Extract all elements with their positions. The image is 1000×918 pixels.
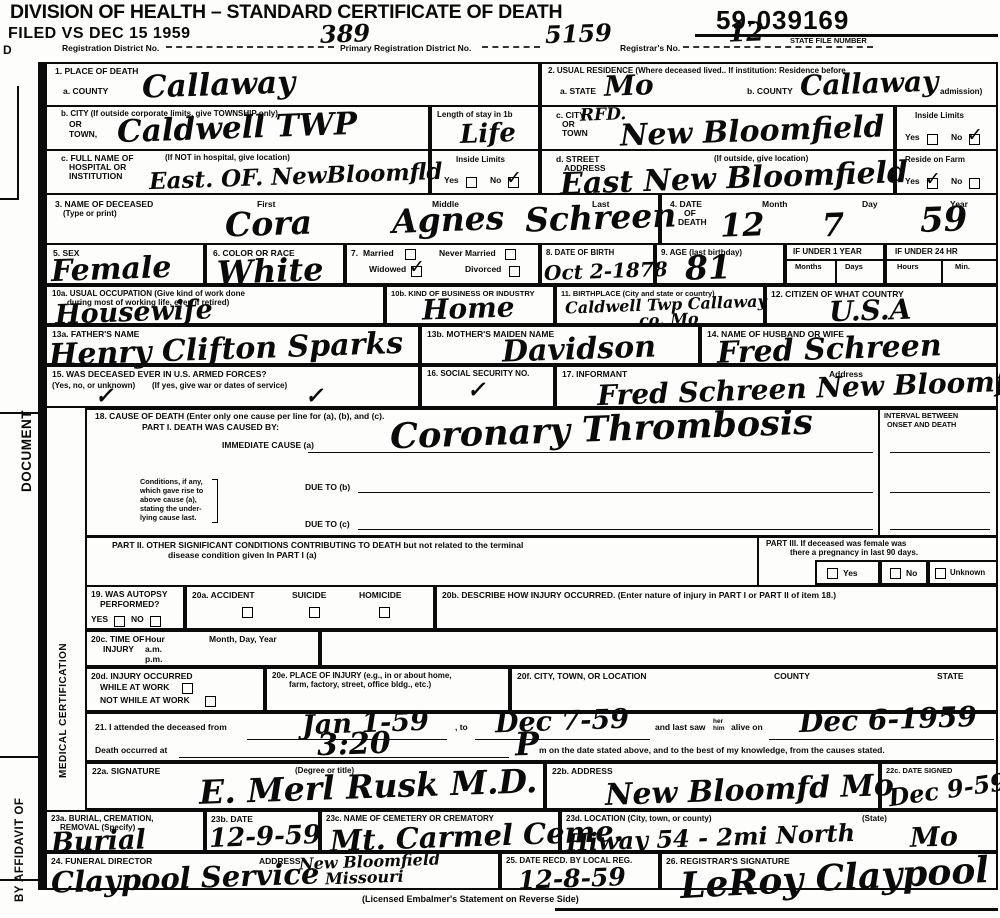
leader-dots [683, 46, 873, 48]
field-22c-date-signed: 22c. DATE SIGNED Dec 9-59 [880, 762, 998, 810]
physician-signature-value: E. Merl Rusk M.D. [199, 764, 538, 809]
field-2c-value: New Bloomfield [620, 112, 885, 151]
field-1c-sublabel: (If NOT in hospital, give location) [165, 154, 290, 163]
form-left-bar [38, 62, 45, 890]
field-16-ssn: 16. SOCIAL SECURITY NO. ✓ [420, 365, 555, 408]
margin-document-label: DOCUMENT [19, 410, 34, 492]
margin-tick [0, 198, 17, 200]
part2-label2: disease condition given In PART I (a) [168, 551, 317, 561]
field-6-color-or-race: 6. COLOR OR RACE White [205, 243, 345, 285]
attended-mid3-text: alive on [731, 723, 763, 733]
divorced-checkbox [509, 266, 520, 277]
farm-no-checkbox [969, 178, 980, 189]
margin-tick [0, 756, 38, 758]
field-2c-town: TOWN [562, 129, 588, 139]
day-label: Day [862, 200, 878, 210]
armed-forces-checkmark: ✓ [95, 385, 114, 408]
field-20e-place-of-injury: 20e. PLACE OF INJURY (e.g., in or about … [265, 667, 510, 712]
conditions-note-line: above cause (a), [140, 496, 197, 504]
yes-label: Yes [444, 176, 459, 186]
field-4-death: DEATH [678, 218, 707, 228]
burial-date-value: 12-9-59 [209, 822, 322, 852]
field-22b-address: 22b. ADDRESS New Bloomfd Mo [545, 762, 880, 810]
death-occurred-post-text: m on the date stated above, and to the b… [539, 746, 885, 756]
under-24-hr-label: IF UNDER 24 HR [895, 248, 958, 257]
part3-no-cell: No [880, 560, 928, 585]
field-23d-state-label: (State) [862, 815, 887, 824]
field-10b-industry: 10b. KIND OF BUSINESS OR INDUSTRY Home [385, 285, 555, 325]
suicide-label: SUICIDE [292, 591, 326, 601]
autopsy-no-label: NO [131, 615, 144, 625]
days-label: Days [845, 263, 863, 271]
field-9-age: 9. AGE (last birthday) 81 [655, 243, 785, 285]
interval-line [890, 513, 990, 530]
field-2b-value: Callaway [800, 68, 939, 101]
ssn-checkmark: ✓ [467, 379, 486, 402]
field-20b-label: 20b. DESCRIBE HOW INJURY OCCURRED. (Ente… [442, 591, 836, 601]
mother-name-value: Davidson [502, 332, 657, 367]
field-9-under-1-year: IF UNDER 1 YEAR Months Days [785, 243, 885, 285]
physician-address-value: New Bloomfd Mo [605, 771, 895, 811]
primary-district-value: 5159 [545, 21, 613, 47]
not-while-at-work-checkbox [205, 696, 216, 707]
cause-b-line [358, 476, 873, 493]
death-month-value: 12 [719, 208, 765, 242]
death-year-value: 59 [919, 202, 967, 238]
industry-value: Home [422, 293, 515, 324]
accident-label: 20a. ACCIDENT [192, 591, 255, 601]
field-1c-hospital: c. FULL NAME OF HOSPITAL OR INSTITUTION … [45, 149, 430, 195]
part1-label: PART I. DEATH WAS CAUSED BY: [142, 423, 279, 433]
homicide-label: HOMICIDE [359, 591, 402, 601]
primary-district-label: Primary Registration District No. [340, 44, 471, 54]
field-20f-label: 20f. CITY, TOWN, OR LOCATION [517, 672, 647, 682]
field-1c-inside-limits: Inside Limits Yes No [430, 149, 540, 195]
conditions-note-line: which gave rise to [140, 487, 203, 495]
autopsy-yes-checkbox [114, 616, 125, 627]
leader-dots [482, 46, 540, 48]
first-name-value: Cora [224, 205, 312, 241]
months-label: Months [795, 263, 822, 271]
hours-label: Hours [897, 263, 919, 271]
never-married-label: Never Married [439, 249, 496, 259]
age-value: 81 [684, 250, 731, 285]
conditions-note-line: Conditions, if any, [140, 478, 203, 486]
date-received-value: 12-8-59 [518, 864, 627, 893]
field-20c-blank-cell [320, 630, 998, 667]
field-3-sublabel: (Type or print) [63, 210, 117, 219]
field-18-label: 18. CAUSE OF DEATH (Enter only one cause… [95, 412, 384, 422]
no-label: No [951, 133, 962, 143]
field-20a-manner: 20a. ACCIDENT SUICIDE HOMICIDE [185, 585, 435, 630]
field-2b-label: b. COUNTY [747, 87, 793, 97]
field-3-name-of-deceased: 3. NAME OF DECEASED (Type or print) Firs… [45, 193, 660, 245]
field-1b-value: Caldwell TWP [117, 109, 358, 148]
field-20d-injury-at-work: 20d. INJURY OCCURRED WHILE AT WORK NOT W… [85, 667, 265, 712]
suicide-checkbox [309, 607, 320, 618]
field-20d-label: 20d. INJURY OCCURRED [91, 672, 193, 682]
sex-value: Female [51, 253, 172, 287]
field-9-under-24-hr: IF UNDER 24 HR Hours Min. [885, 243, 998, 285]
death-certificate-page: DIVISION OF HEALTH – STANDARD CERTIFICAT… [0, 0, 1000, 918]
conditions-bracket [212, 479, 218, 523]
field-1b-city: b. CITY (If outside corporate limits, gi… [45, 105, 430, 151]
field-11-birthplace: 11. BIRTHPLACE (City and state or countr… [555, 285, 765, 325]
yes-label: Yes [905, 177, 920, 187]
cause-a-line [308, 432, 873, 453]
field-19-autopsy: 19. WAS AUTOPSY PERFORMED? YES NO [85, 585, 185, 630]
field-17-informant: 17. INFORMANT Address Fred Schreen New B… [555, 365, 998, 408]
attended-mid2-text: and last saw [655, 723, 706, 733]
divider [835, 259, 837, 283]
filed-stamp: FILED VS DEC 15 1959 [8, 25, 191, 43]
attended-mid1-text: , to [455, 723, 468, 733]
pregnancy-yes-checkbox [827, 568, 838, 579]
date-signed-value: Dec 9-59 [887, 770, 1000, 810]
field-26-registrar-signature: 26. REGISTRAR'S SIGNATURE LeRoy Claypool [660, 852, 998, 890]
divider [941, 259, 943, 283]
field-10a-occupation: 10a. USUAL OCCUPATION (Give kind of work… [45, 285, 385, 325]
margin-tick [0, 412, 38, 414]
no-label: No [490, 176, 501, 186]
state-file-label: STATE FILE NUMBER [790, 37, 867, 45]
field-2c-inside-limits: Inside Limits Yes No [895, 105, 998, 151]
autopsy-yes-label: YES [91, 615, 108, 625]
edge-letter: D [3, 44, 12, 57]
field-8-label: 8. DATE OF BIRTH [546, 249, 614, 258]
field-20e-label2: farm, factory, street, office bldg., etc… [289, 681, 431, 690]
field-13b-mother: 13b. MOTHER'S MAIDEN NAME Davidson [420, 325, 700, 365]
field-22a-label: 22a. SIGNATURE [92, 767, 160, 777]
field-22c-label: 22c. DATE SIGNED [886, 767, 952, 775]
reside-on-farm-label: Reside on Farm [905, 156, 965, 165]
divider [757, 535, 759, 585]
conditions-note-line: stating the under- [140, 505, 202, 513]
registrar-no-label: Registrar's No. [620, 44, 680, 54]
field-1a-value: Callaway [142, 67, 296, 103]
yes-label: Yes [905, 133, 920, 143]
field-21-attended: 21. I attended the deceased from Jan 1-5… [85, 712, 998, 762]
field-2d-reside-on-farm: Reside on Farm Yes No [895, 149, 998, 195]
field-22b-label: 22b. ADDRESS [552, 767, 613, 777]
field-1a-county: 1. PLACE OF DEATH a. COUNTY Callaway [45, 62, 540, 107]
yes-label: Yes [843, 569, 858, 579]
inside-limits-no-checkbox [508, 177, 519, 188]
armed-forces-checkmark-2: ✓ [305, 385, 324, 408]
death-ampm-value: P [514, 728, 539, 761]
field-23d-label: 23d. LOCATION (City, town, or county) [566, 815, 711, 824]
homicide-checkbox [379, 607, 390, 618]
field-15-sublabel2: (If yes, give war or dates of service) [152, 382, 287, 391]
accident-checkbox [242, 607, 253, 618]
residence-limits-no-checkbox [969, 134, 980, 145]
field-22a-signature: 22a. SIGNATURE (Degree or title) E. Merl… [85, 762, 545, 810]
occupation-value: Housewife [55, 296, 214, 328]
reg-district-label: Registration District No. [62, 44, 159, 54]
field-15-label: 15. WAS DECEASED EVER IN U.S. ARMED FORC… [52, 370, 267, 380]
widowed-label: Widowed [369, 265, 406, 275]
footer-note: (Licensed Embalmer's Statement on Revers… [362, 894, 579, 904]
field-2-residence: 2. USUAL RESIDENCE (Where deceased lived… [540, 62, 998, 107]
conditions-note-line: lying cause last. [140, 514, 196, 522]
husband-name-value: Fred Schreen [717, 331, 943, 369]
field-14-husband: 14. NAME OF HUSBAND OR WIFE Fred Schreen [700, 325, 998, 365]
field-7-marital-status: 7. Married Never Married Widowed Divorce… [345, 243, 540, 285]
farm-yes-checkbox [927, 178, 938, 189]
field-25-date-received: 25. DATE RECD. BY LOCAL REG. 12-8-59 [500, 852, 660, 890]
field-1b-length-of-stay: Length of stay in 1b Life [430, 105, 540, 151]
field-2a-label: a. STATE [560, 87, 596, 97]
field-12-citizen: 12. CITIZEN OF WHAT COUNTRY U.S.A [765, 285, 998, 325]
last-seen-value: Dec 6-1959 [799, 703, 978, 737]
field-1b-town: TOWN, [69, 130, 97, 140]
leader-dots [166, 46, 334, 48]
while-at-work-checkbox [182, 683, 193, 694]
cause-c-line [358, 513, 873, 530]
funeral-address-value2: Missouri [325, 869, 404, 888]
inside-limits-label: Inside Limits [456, 156, 505, 165]
due-to-b-label: DUE TO (b) [305, 483, 350, 493]
immediate-cause-label: IMMEDIATE CAUSE (a) [222, 441, 314, 451]
field-7-label: 7. [351, 249, 358, 259]
unknown-label: Unknown [950, 569, 985, 578]
pregnancy-no-checkbox [890, 568, 901, 579]
last-name-value: Schreen [524, 198, 676, 236]
divider [85, 535, 998, 538]
field-2c-city: c. CITY OR TOWN RFD. New Bloomfield [540, 105, 895, 151]
birth-date-value: Oct 2-1878 [544, 259, 668, 283]
cemetery-location-value: Hiway 54 - 2mi North [566, 821, 856, 855]
funeral-director-value: Claypool Service [51, 859, 320, 897]
field-23a-burial: 23a. BURIAL, CREMATION, REMOVAL (Specify… [45, 810, 205, 852]
no-label: No [906, 569, 917, 579]
field-1c-value: East. OF. NewBloomfld [149, 160, 443, 193]
divider [878, 408, 880, 535]
race-value: White [216, 253, 324, 289]
state-label: STATE [937, 672, 964, 682]
not-while-at-work-label: NOT WHILE AT WORK [100, 696, 190, 706]
field-20c-label2: INJURY [103, 645, 134, 655]
margin-by-affidavit-label: BY AFFIDAVIT OF [14, 798, 26, 902]
field-13a-father: 13a. FATHER'S NAME Henry Clifton Sparks [45, 325, 420, 365]
field-4-date-of-death: 4. DATE OF DEATH Month Day Year 12 7 59 [660, 193, 998, 245]
field-23c-cemetery: 23c. NAME OF CEMETERY OR CREMATORY Mt. C… [320, 810, 560, 852]
him-label: him [713, 726, 725, 733]
county-label: COUNTY [774, 672, 810, 682]
field-23b-date: 23b. DATE 12-9-59 [205, 810, 320, 852]
pregnancy-unknown-checkbox [935, 568, 946, 579]
part3-yes-cell: Yes [815, 560, 880, 585]
field-1-label: 1. PLACE OF DEATH [55, 67, 138, 77]
middle-name-value: Agnes [391, 201, 504, 238]
pm-label: p.m. [145, 655, 162, 665]
page-title: DIVISION OF HEALTH – STANDARD CERTIFICAT… [10, 2, 562, 24]
month-label: Month [762, 200, 788, 210]
interval-line [890, 436, 990, 453]
field-2d-street: d. STREET ADDRESS (If outside, give loca… [540, 149, 895, 195]
margin-tick [0, 879, 38, 881]
field-20b-describe-injury: 20b. DESCRIBE HOW INJURY OCCURRED. (Ente… [435, 585, 998, 630]
residence-limits-yes-checkbox [927, 134, 938, 145]
divorced-label: Divorced [465, 265, 501, 275]
field-8-date-of-birth: 8. DATE OF BIRTH Oct 2-1878 [540, 243, 655, 285]
never-married-checkbox [505, 249, 516, 260]
field-19-label2: PERFORMED? [100, 600, 160, 610]
interval-label2: ONSET AND DEATH [887, 421, 956, 429]
field-5-sex: 5. SEX Female [45, 243, 205, 285]
part3-label2: there a pregnancy in last 90 days. [790, 549, 918, 558]
bottom-line [555, 908, 998, 911]
death-day-value: 7 [821, 209, 844, 242]
death-time-value: 3:20 [316, 729, 391, 762]
interval-label: INTERVAL BETWEEN [884, 412, 958, 420]
attended-pre-text: 21. I attended the deceased from [95, 723, 227, 733]
interval-line [890, 476, 990, 493]
part3-unknown-cell: Unknown [928, 560, 998, 585]
field-15-armed-forces: 15. WAS DECEASED EVER IN U.S. ARMED FORC… [45, 365, 420, 408]
widowed-checkbox [411, 266, 422, 277]
cemetery-state-value: Mo [910, 823, 959, 852]
due-to-c-label: DUE TO (c) [305, 520, 350, 530]
field-2-label2: admission) [940, 88, 982, 97]
autopsy-no-checkbox [150, 616, 161, 627]
registrar-no-value: 12 [728, 19, 765, 46]
length-of-stay-value: Life [460, 120, 517, 148]
inside-limits-yes-checkbox [466, 177, 477, 188]
field-20c-time-of-injury: 20c. TIME OF INJURY Hour a.m. p.m. Month… [85, 630, 320, 667]
field-24-funeral-director: 24. FUNERAL DIRECTOR ADDRESS Claypool Se… [45, 852, 500, 890]
under-1-year-label: IF UNDER 1 YEAR [793, 248, 862, 257]
death-occurred-pre-text: Death occurred at [95, 746, 167, 756]
married-label: Married [363, 249, 394, 259]
citizen-value: U.S.A [829, 296, 912, 327]
month-day-year-label: Month, Day, Year [209, 635, 277, 645]
margin-tick [17, 86, 19, 200]
min-label: Min. [955, 263, 970, 271]
no-label: No [951, 177, 962, 187]
while-at-work-label: WHILE AT WORK [100, 683, 169, 693]
field-2a-value: Mo [604, 71, 655, 101]
field-23d-location: 23d. LOCATION (City, town, or county) (S… [560, 810, 998, 852]
field-1a-label: a. COUNTY [63, 87, 108, 97]
inside-limits-label: Inside Limits [915, 112, 964, 121]
field-1c-label3: INSTITUTION [69, 172, 122, 182]
